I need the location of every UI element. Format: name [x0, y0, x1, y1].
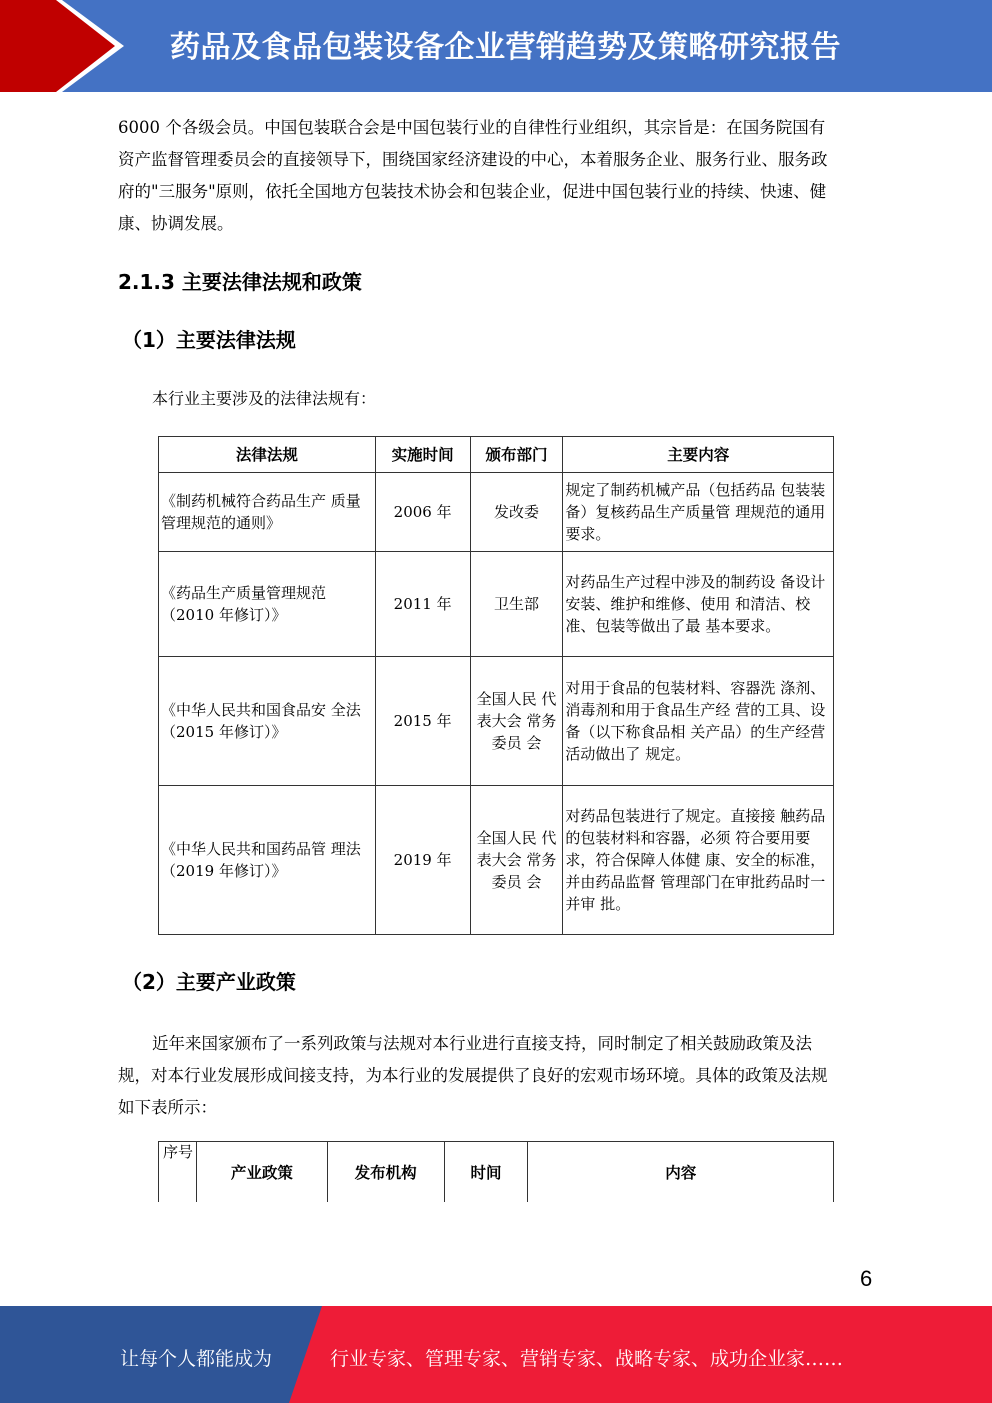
paragraph-line: 康、协调发展。	[118, 208, 878, 240]
table-header-row: 序号 产业政策 发布机构 时间 内容	[159, 1142, 834, 1202]
law-content: 对药品包装进行了规定。直接接 触药品的包装材料和容器，必须 符合要用要求，符合保…	[563, 786, 834, 935]
table-row: 《制药机械符合药品生产 质量管理规范的通则》 2006 年 发改委 规定了制药机…	[159, 473, 834, 552]
law-year: 2011 年	[375, 552, 470, 657]
column-header: 颁布部门	[470, 437, 563, 473]
footer-banner: 让每个人都能成为 行业专家、管理专家、营销专家、战略专家、成功企业家……	[0, 1306, 992, 1403]
page-number: 6	[860, 1266, 872, 1292]
law-content: 对药品生产过程中涉及的制药设 备设计安装、维护和维修、使用 和清洁、校准、包装等…	[563, 552, 834, 657]
column-header: 时间	[444, 1142, 528, 1202]
chevron-icon	[0, 0, 115, 92]
paragraph-line: 近年来国家颁布了一系列政策与法规对本行业进行直接支持，同时制定了相关鼓励政策及法	[118, 1028, 878, 1060]
paragraph-line: 规，对本行业发展形成间接支持，为本行业的发展提供了良好的宏观市场环境。具体的政策…	[118, 1060, 878, 1092]
paragraph-line: 如下表所示：	[118, 1092, 878, 1124]
law-name: 《制药机械符合药品生产 质量管理规范的通则》	[159, 473, 376, 552]
footer-slogan-left: 让每个人都能成为	[120, 1344, 272, 1371]
law-content: 对用于食品的包装材料、容器洗 涤剂、消毒剂和用于食品生产经 营的工具、设备（以下…	[563, 657, 834, 786]
law-year: 2019 年	[375, 786, 470, 935]
paragraph-line: 6000 个各级会员。中国包装联合会是中国包装行业的自律性行业组织，其宗旨是：在…	[118, 112, 878, 144]
table-row: 《药品生产质量管理规范（2010 年修订）》 2011 年 卫生部 对药品生产过…	[159, 552, 834, 657]
column-header: 实施时间	[375, 437, 470, 473]
law-name: 《中华人民共和国食品安 全法（2015 年修订）》	[159, 657, 376, 786]
laws-table: 法律法规 实施时间 颁布部门 主要内容 《制药机械符合药品生产 质量管理规范的通…	[158, 436, 834, 935]
column-header-seq: 序号	[159, 1142, 197, 1202]
report-title: 药品及食品包装设备企业营销趋势及策略研究报告	[170, 22, 841, 66]
paragraph-line: 府的"三服务"原则，依托全国地方包装技术协会和包装企业，促进中国包装行业的持续、…	[118, 176, 878, 208]
policies-table: 序号 产业政策 发布机构 时间 内容	[158, 1141, 834, 1202]
law-content: 规定了制药机械产品（包括药品 包装装备）复核药品生产质量管 理规范的通用要求。	[563, 473, 834, 552]
subsection-heading-laws: （1）主要法律法规	[122, 324, 296, 353]
law-name: 《中华人民共和国药品管 理法（2019 年修订）》	[159, 786, 376, 935]
table-row: 《中华人民共和国食品安 全法（2015 年修订）》 2015 年 全国人民 代表…	[159, 657, 834, 786]
paragraph-line: 资产监督管理委员会的直接领导下，围绕国家经济建设的中心，本着服务企业、服务行业、…	[118, 144, 878, 176]
law-dept: 全国人民 代表大会 常务委员 会	[470, 786, 563, 935]
law-year: 2015 年	[375, 657, 470, 786]
header-banner: 药品及食品包装设备企业营销趋势及策略研究报告	[0, 0, 992, 92]
column-header: 产业政策	[196, 1142, 327, 1202]
section-heading: 2.1.3 主要法律法规和政策	[118, 266, 362, 295]
column-header: 主要内容	[563, 437, 834, 473]
law-year: 2006 年	[375, 473, 470, 552]
table-row: 《中华人民共和国药品管 理法（2019 年修订）》 2019 年 全国人民 代表…	[159, 786, 834, 935]
law-dept: 发改委	[470, 473, 563, 552]
column-header: 法律法规	[159, 437, 376, 473]
policies-paragraph: 近年来国家颁布了一系列政策与法规对本行业进行直接支持，同时制定了相关鼓励政策及法…	[118, 1028, 878, 1124]
intro-paragraph: 6000 个各级会员。中国包装联合会是中国包装行业的自律性行业组织，其宗旨是：在…	[118, 112, 878, 240]
column-header: 发布机构	[327, 1142, 444, 1202]
table-header-row: 法律法规 实施时间 颁布部门 主要内容	[159, 437, 834, 473]
column-header: 内容	[528, 1142, 834, 1202]
laws-intro-text: 本行业主要涉及的法律法规有：	[152, 386, 376, 409]
law-name: 《药品生产质量管理规范（2010 年修订）》	[159, 552, 376, 657]
subsection-heading-policies: （2）主要产业政策	[122, 966, 296, 995]
footer-slogan-right: 行业专家、管理专家、营销专家、战略专家、成功企业家……	[330, 1344, 843, 1371]
law-dept: 全国人民 代表大会 常务委员 会	[470, 657, 563, 786]
law-dept: 卫生部	[470, 552, 563, 657]
